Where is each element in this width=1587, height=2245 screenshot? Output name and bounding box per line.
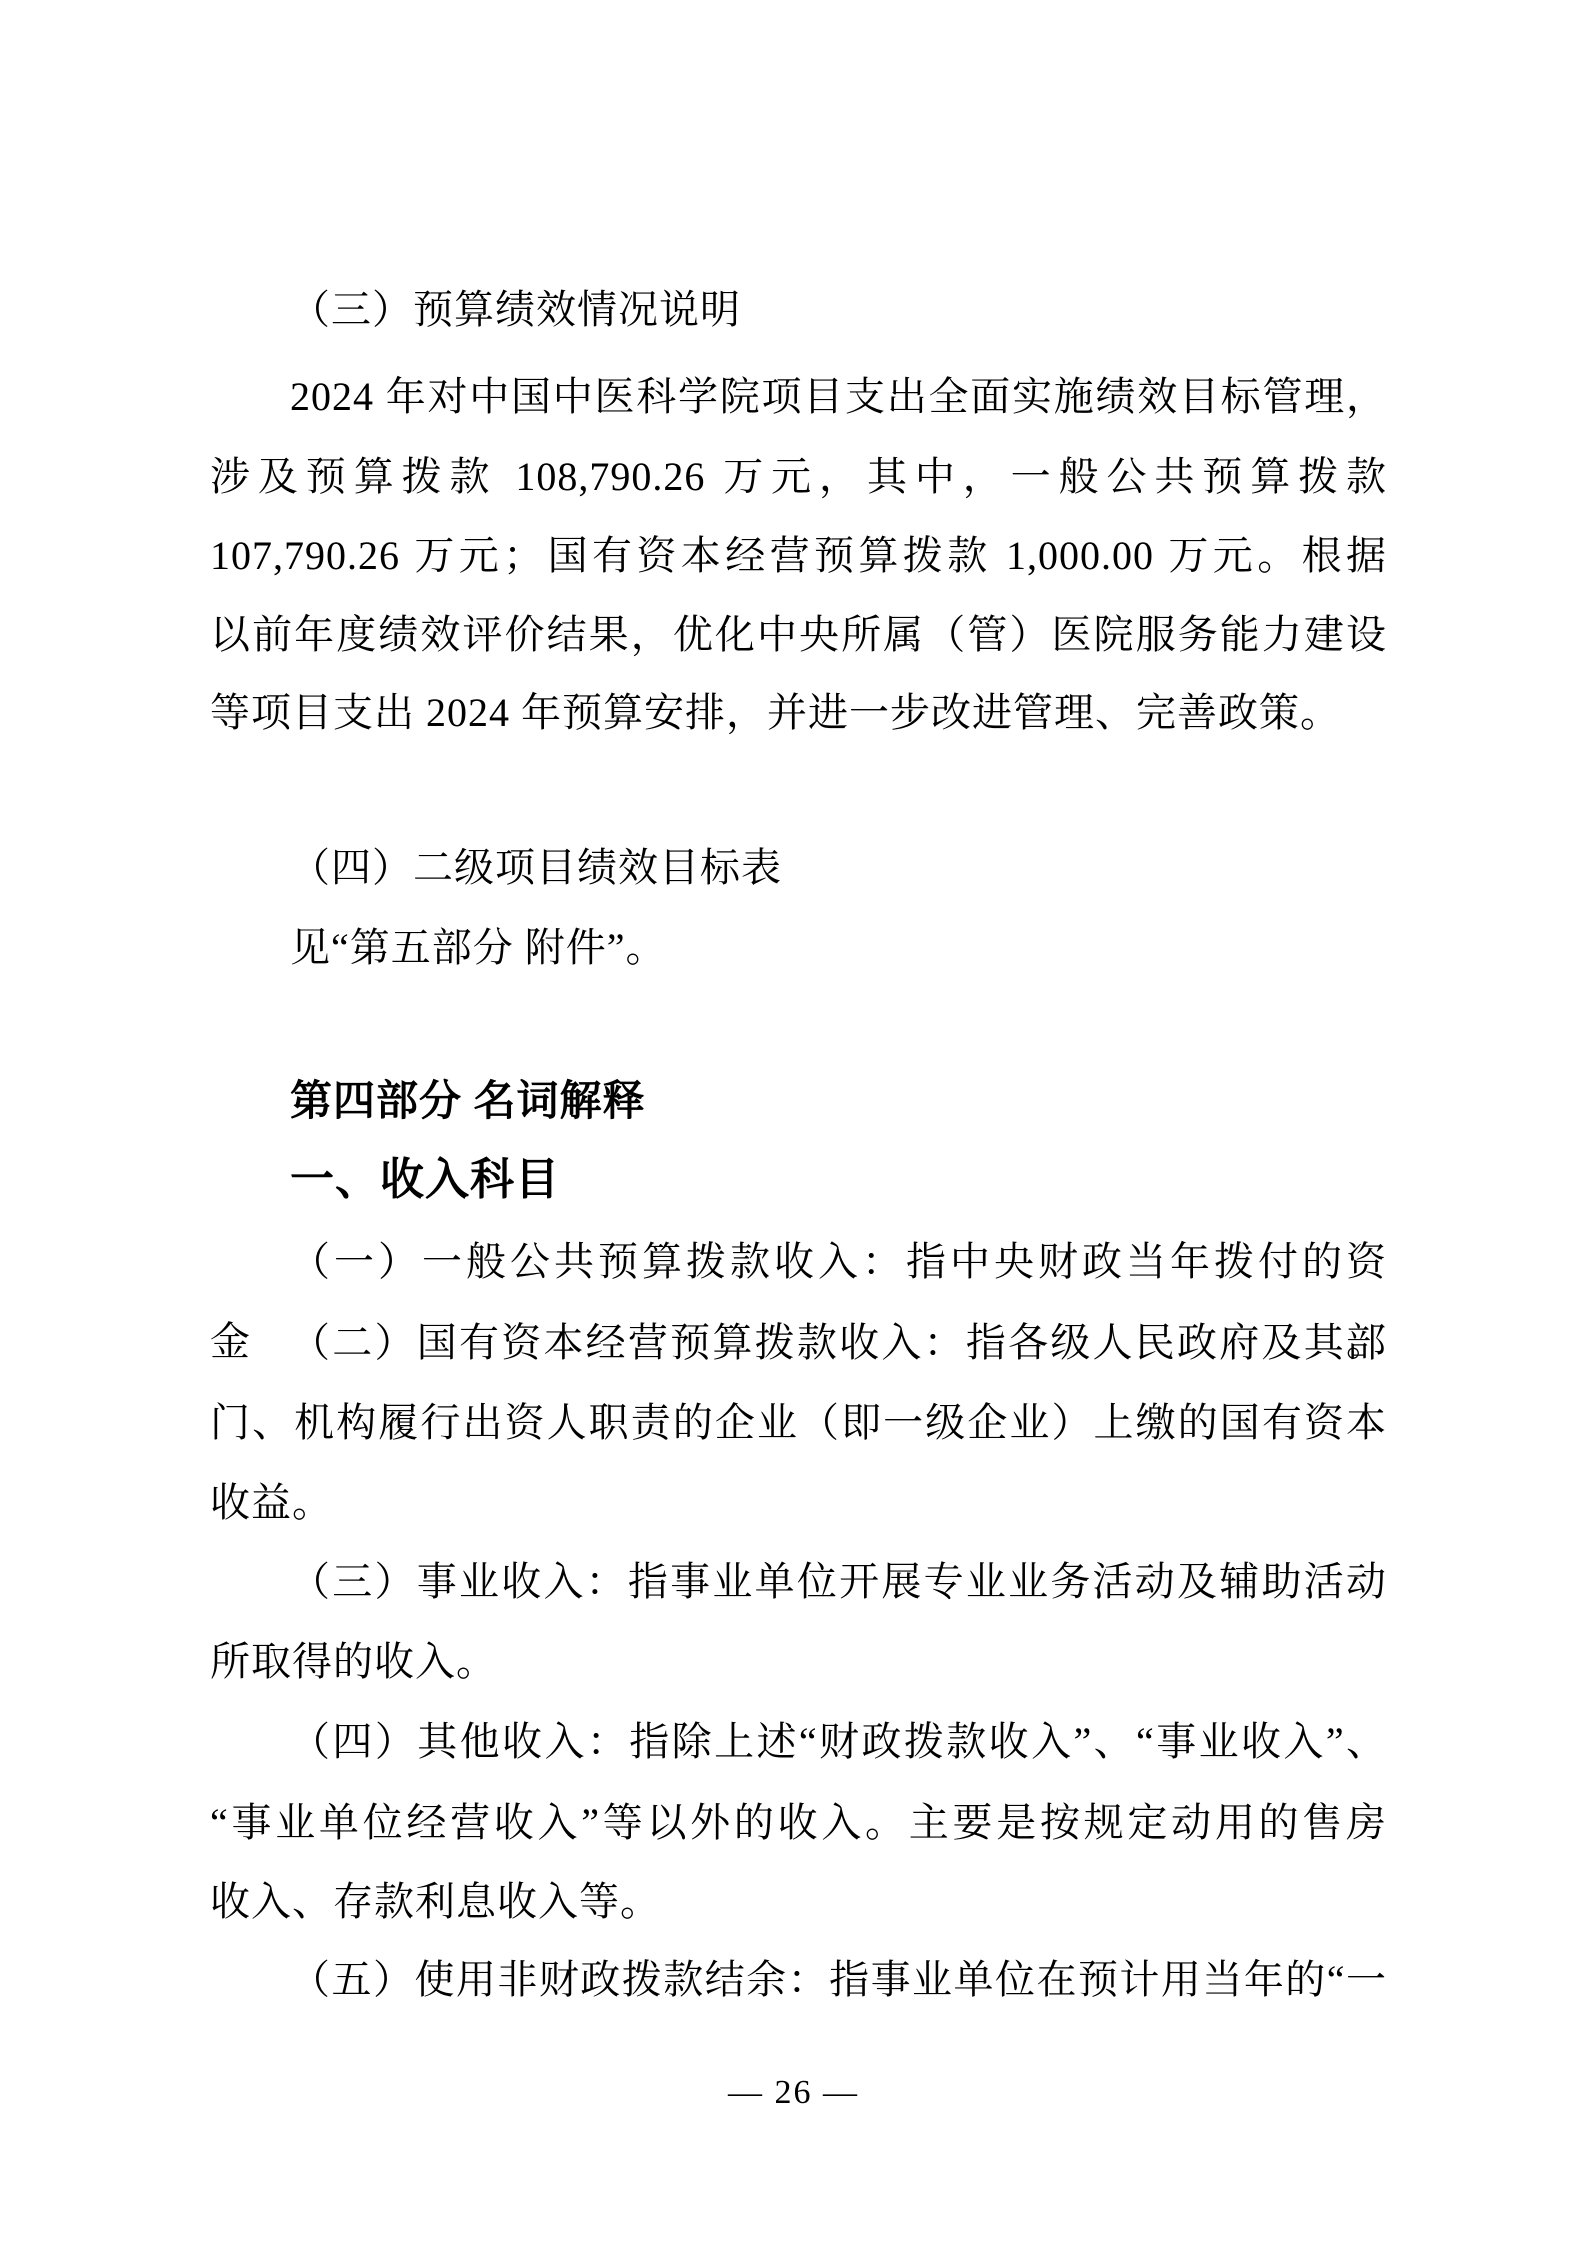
definition-line: （三）事业收入：指事业单位开展专业业务活动及辅助活动: [210, 1542, 1387, 1622]
paragraph-line: 以前年度绩效评价结果，优化中央所属（管）医院服务能力建设: [210, 595, 1387, 675]
definition-line: “事业单位经营收入”等以外的收入。主要是按规定动用的售房: [210, 1783, 1387, 1863]
subsection-heading-3: （三）预算绩效情况说明: [210, 270, 1387, 350]
subsection-heading-4: （四）二级项目绩效目标表: [210, 828, 1387, 908]
paragraph-line: 等项目支出 2024 年预算安排，并进一步改进管理、完善政策。: [210, 673, 1387, 753]
paragraph-line: 2024 年对中国中医科学院项目支出全面实施绩效目标管理，: [210, 357, 1387, 437]
definition-line: 门、机构履行出资人职责的企业（即一级企业）上缴的国有资本: [210, 1383, 1387, 1463]
paragraph-line: 107,790.26 万元；国有资本经营预算拨款 1,000.00 万元。根据: [210, 516, 1387, 596]
definition-line: （一）一般公共预算拨款收入：指中央财政当年拨付的资金。: [210, 1222, 1387, 1302]
definition-line: 收益。: [210, 1463, 1387, 1543]
definition-line: （二）国有资本经营预算拨款收入：指各级人民政府及其部: [210, 1303, 1387, 1383]
definition-line: （四）其他收入：指除上述“财政拨款收入”、“事业收入”、: [210, 1702, 1387, 1782]
document-page: （三）预算绩效情况说明 2024 年对中国中医科学院项目支出全面实施绩效目标管理…: [0, 0, 1587, 2245]
definition-line: （五）使用非财政拨款结余：指事业单位在预计用当年的“一: [210, 1940, 1387, 2020]
definition-line: 所取得的收入。: [210, 1622, 1387, 1702]
income-section-heading: 一、收入科目: [210, 1140, 1387, 1220]
part-4-heading: 第四部分 名词解释: [210, 1062, 1387, 1142]
definition-line: 收入、存款利息收入等。: [210, 1862, 1387, 1942]
paragraph-line: 见“第五部分 附件”。: [210, 908, 1387, 988]
page-number: — 26 —: [0, 2063, 1587, 2123]
paragraph-line: 涉及预算拨款 108,790.26 万元，其中，一般公共预算拨款: [210, 437, 1387, 517]
